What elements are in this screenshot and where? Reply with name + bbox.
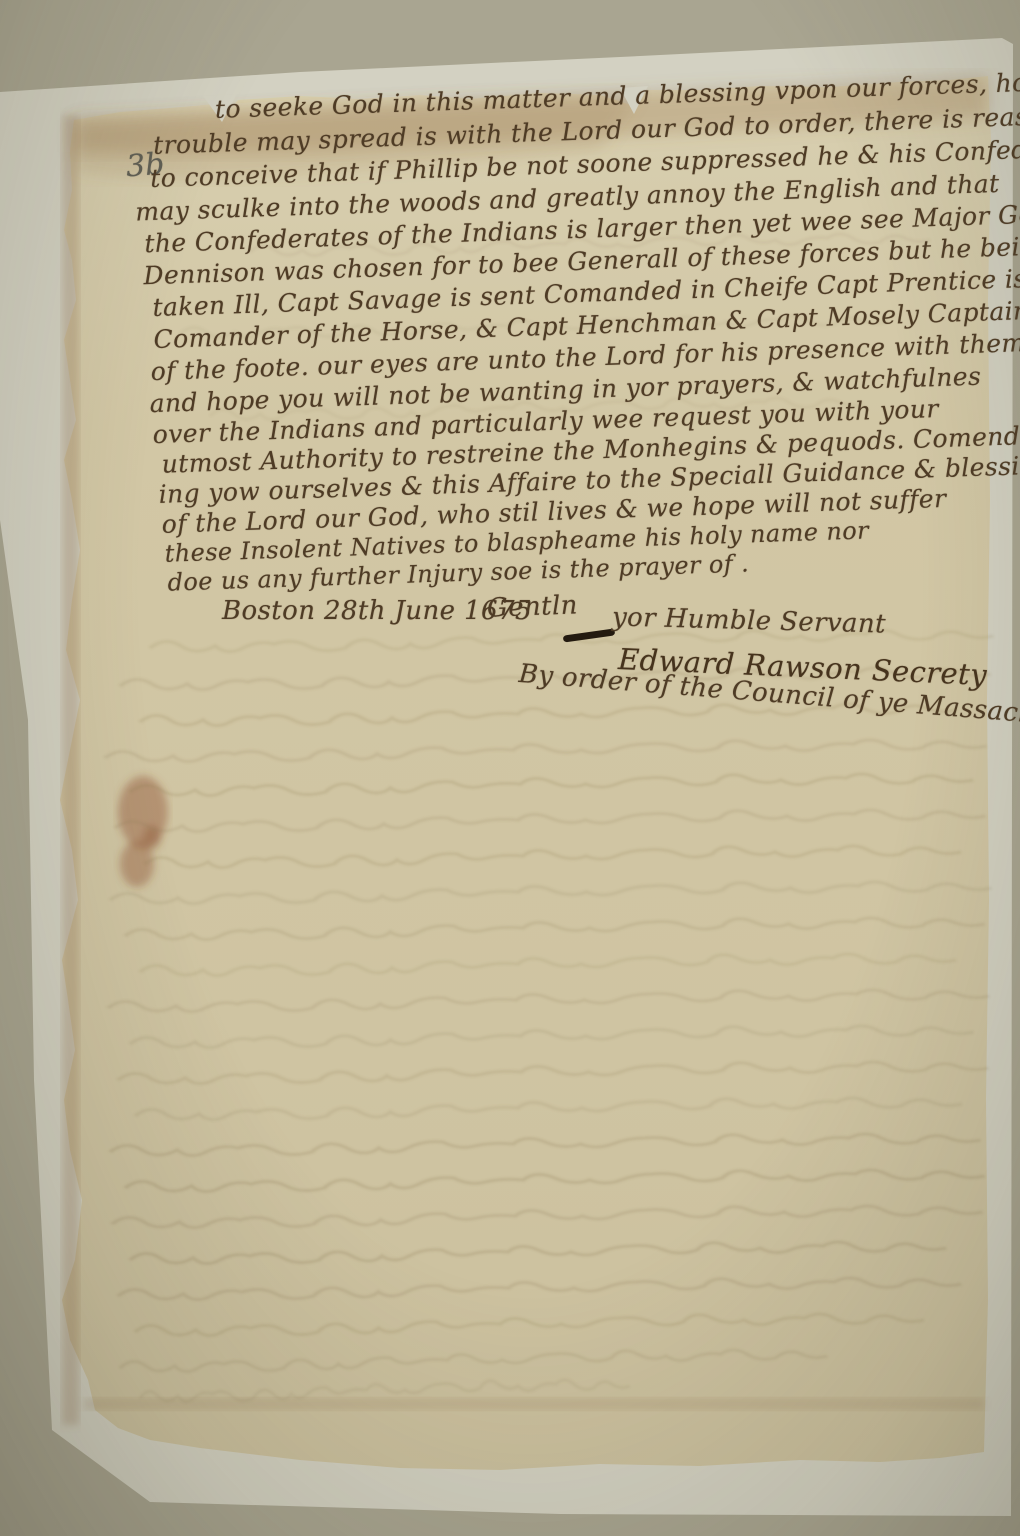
manuscript-photo: 3b to seeke God in this matter and a ble… [0,0,1020,1536]
paper-artwork [0,0,1020,1536]
bottom-edge-wash [84,1398,984,1410]
left-edge-wash [62,115,79,1425]
